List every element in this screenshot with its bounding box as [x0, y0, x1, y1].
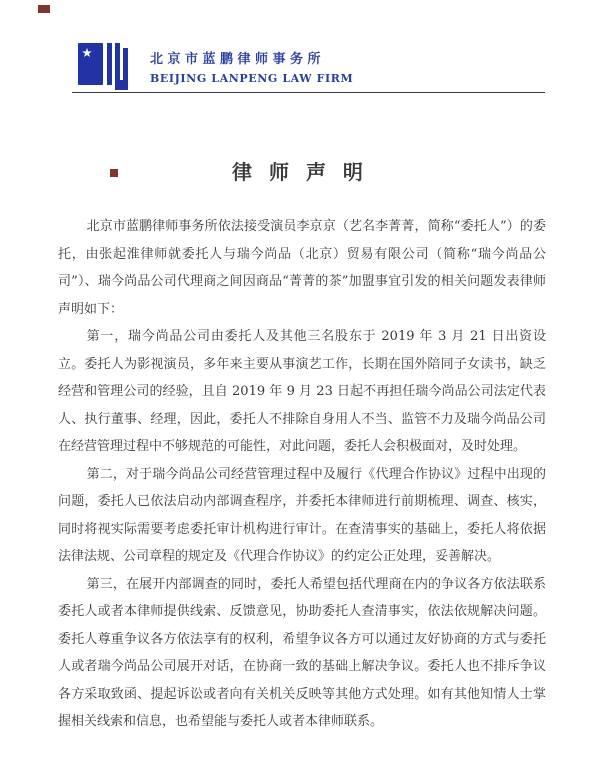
firm-name-chinese: 北京市蓝鹏律师事务所 [150, 48, 353, 67]
red-stamp-mark-top-left [38, 5, 50, 13]
paragraph-second: 第二，对于瑞今尚品公司经营管理过程中及履行《代理合作协议》过程中出现的问题，委托… [58, 461, 546, 571]
document-body: 北京市蓝鹏律师事务所依法接受演员李京京（艺名李菁菁，简称“委托人”）的委托，由张… [58, 213, 546, 736]
paragraph-first: 第一，瑞今尚品公司由委托人及其他三名股东于 2019 年 3 月 21 日出资设… [58, 323, 546, 461]
paragraph-intro: 北京市蓝鹏律师事务所依法接受演员李京京（艺名李菁菁，简称“委托人”）的委托，由张… [58, 213, 546, 323]
letterhead: 北京市蓝鹏律师事务所 BEIJING LANPENG LAW FIRM [78, 43, 353, 90]
paragraph-third: 第三，在展开内部调查的同时，委托人希望包括代理商在内的争议各方依法联系委托人或者… [58, 571, 546, 736]
firm-names: 北京市蓝鹏律师事务所 BEIJING LANPENG LAW FIRM [150, 48, 353, 85]
letterhead-divider [72, 92, 545, 93]
firm-name-english: BEIJING LANPENG LAW FIRM [150, 72, 353, 85]
document-title: 律 师 声 明 [0, 156, 600, 185]
document-page: 北京市蓝鹏律师事务所 BEIJING LANPENG LAW FIRM 律 师 … [0, 0, 600, 761]
law-firm-logo-icon [78, 43, 130, 90]
